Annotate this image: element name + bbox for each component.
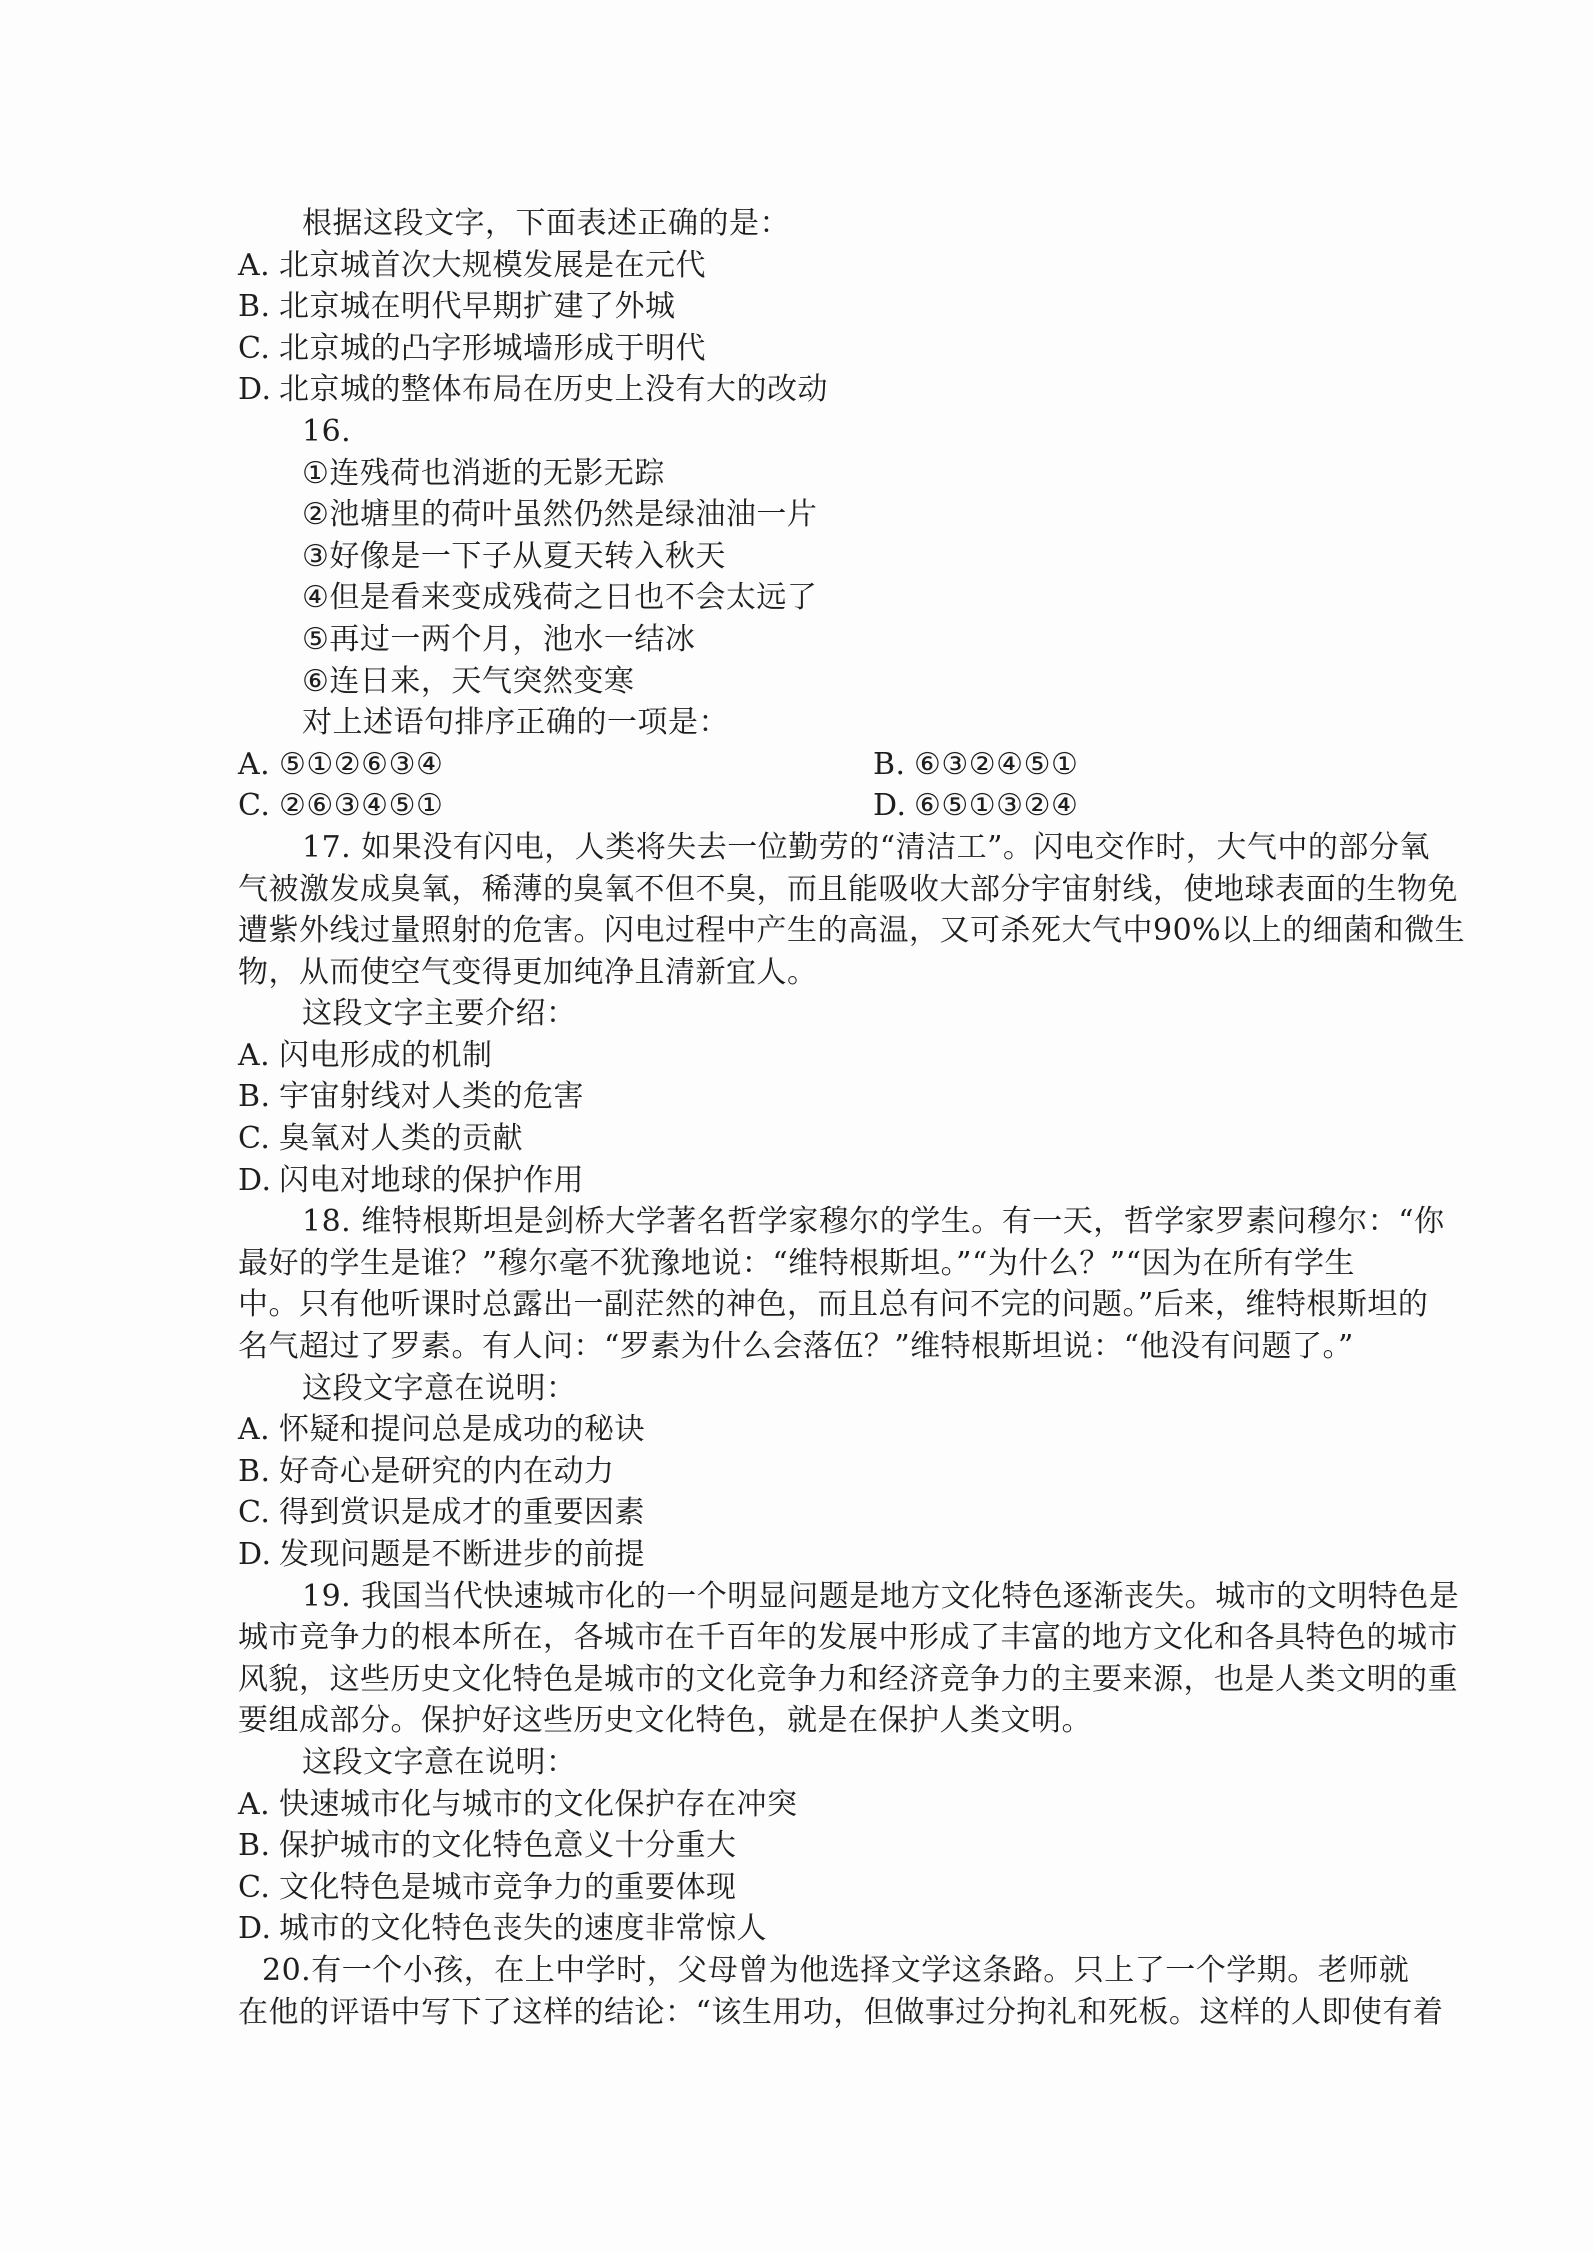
line-text: ⑥连日来，天气突然变寒 [302,664,634,699]
option-text: ⑥③②④⑤① [914,747,1078,782]
question-text-line: ④但是看来变成残荷之日也不会太远了 [238,577,1368,619]
body-text-line: 要组成部分。保护好这些历史文化特色，就是在保护人类文明。 [238,1700,1368,1742]
line-text: 城市竞争力的根本所在，各城市在千百年的发展中形成了丰富的地方文化和各具特色的城市 [238,1620,1458,1655]
line-text: ④但是看来变成残荷之日也不会太远了 [302,580,817,615]
line-text: 对上述语句排序正确的一项是： [302,705,729,740]
option-text: 宇宙射线对人类的危害 [279,1079,584,1114]
option-label: C. [238,1867,279,1909]
option-text: ⑤①②⑥③④ [279,747,443,782]
question-text-line: 对上述语句排序正确的一项是： [238,702,1368,744]
option-label: D. [873,785,914,827]
body-text-line: 遭紫外线过量照射的危害。闪电过程中产生的高温，又可杀死大气中90%以上的细菌和微… [238,910,1368,952]
question-text-line: ⑥连日来，天气突然变寒 [238,661,1368,703]
body-text-line: 风貌，这些历史文化特色是城市的文化竞争力和经济竞争力的主要来源，也是人类文明的重 [238,1659,1368,1701]
option-label: A. [238,1784,279,1826]
option-label: C. [238,785,279,827]
option-col2: D.⑥⑤①③②④ [873,785,1078,827]
option-label: A. [238,1035,279,1077]
option-row: C.文化特色是城市竞争力的重要体现 [238,1867,1368,1909]
line-text: 16. [302,414,351,449]
line-text: 这段文字意在说明： [302,1371,577,1406]
option-text: 文化特色是城市竞争力的重要体现 [279,1870,737,1905]
option-label: B. [238,1451,279,1493]
option-label: C. [238,1118,279,1160]
option-text: 北京城的整体布局在历史上没有大的改动 [279,372,828,407]
body-text-line: 中。只有他听课时总露出一副茫然的神色，而且总有问不完的问题。”后来，维特根斯坦的 [238,1284,1368,1326]
option-label: D. [238,369,279,411]
option-row-two-column: A.⑤①②⑥③④B.⑥③②④⑤① [238,744,1368,786]
option-text: ②⑥③④⑤① [279,788,443,823]
option-text: 北京城在明代早期扩建了外城 [279,289,676,324]
option-text: 好奇心是研究的内在动力 [279,1454,615,1489]
line-text: 气被激发成臭氧，稀薄的臭氧不但不臭，而且能吸收大部分宇宙射线，使地球表面的生物免 [238,872,1458,907]
question-text-line: 根据这段文字，下面表述正确的是： [238,203,1368,245]
option-text: 臭氧对人类的贡献 [279,1121,523,1156]
option-text: 城市的文化特色丧失的速度非常惊人 [279,1911,767,1946]
option-row: B.保护城市的文化特色意义十分重大 [238,1825,1368,1867]
question-text-line: ③好像是一下子从夏天转入秋天 [238,536,1368,578]
body-text-line: 在他的评语中写下了这样的结论：“该生用功，但做事过分拘礼和死板。这样的人即使有着 [238,1992,1368,2034]
question-text-line: 这段文字意在说明： [238,1742,1368,1784]
line-text: 根据这段文字，下面表述正确的是： [302,206,790,241]
question-text-line: 17. 如果没有闪电，人类将失去一位勤劳的“清洁工”。闪电交作时，大气中的部分氧 [238,827,1368,869]
option-row: B.北京城在明代早期扩建了外城 [238,286,1368,328]
option-text: 快速城市化与城市的文化保护存在冲突 [279,1787,798,1822]
option-row: A.快速城市化与城市的文化保护存在冲突 [238,1784,1368,1826]
option-row: A.怀疑和提问总是成功的秘诀 [238,1409,1368,1451]
line-text: 最好的学生是谁？”穆尔毫不犹豫地说：“维特根斯坦。”“为什么？”“因为在所有学生 [238,1246,1355,1281]
line-text: 要组成部分。保护好这些历史文化特色，就是在保护人类文明。 [238,1703,1092,1738]
option-row: C.北京城的凸字形城墙形成于明代 [238,328,1368,370]
line-text: 这段文字主要介绍： [302,996,577,1031]
option-col2: B.⑥③②④⑤① [873,744,1078,786]
line-text: ②池塘里的荷叶虽然仍然是绿油油一片 [302,497,817,532]
option-row: A.闪电形成的机制 [238,1035,1368,1077]
option-label: A. [238,245,279,287]
question-text-line: ①连残荷也消逝的无影无踪 [238,453,1368,495]
line-text: ①连残荷也消逝的无影无踪 [302,456,665,491]
body-text-line: 最好的学生是谁？”穆尔毫不犹豫地说：“维特根斯坦。”“为什么？”“因为在所有学生 [238,1243,1368,1285]
line-text: 风貌，这些历史文化特色是城市的文化竞争力和经济竞争力的主要来源，也是人类文明的重 [238,1662,1458,1697]
question-text-line: 18. 维特根斯坦是剑桥大学著名哲学家穆尔的学生。有一天，哲学家罗素问穆尔：“你 [238,1201,1368,1243]
question-text-line: 20.有一个小孩，在上中学时，父母曾为他选择文学这条路。只上了一个学期。老师就 [238,1950,1368,1992]
option-text: 闪电对地球的保护作用 [279,1163,584,1198]
option-row: B.宇宙射线对人类的危害 [238,1076,1368,1118]
line-text: ⑤再过一两个月，池水一结冰 [302,622,695,657]
option-label: C. [238,1492,279,1534]
option-row: D.闪电对地球的保护作用 [238,1160,1368,1202]
option-text: 保护城市的文化特色意义十分重大 [279,1828,737,1863]
option-col1: C.②⑥③④⑤① [238,785,443,827]
question-text-line: 这段文字意在说明： [238,1368,1368,1410]
option-text: 北京城首次大规模发展是在元代 [279,248,706,283]
option-label: D. [238,1160,279,1202]
line-text: ③好像是一下子从夏天转入秋天 [302,539,726,574]
line-text: 中。只有他听课时总露出一副茫然的神色，而且总有问不完的问题。”后来，维特根斯坦的 [238,1287,1428,1322]
question-text-line: 这段文字主要介绍： [238,993,1368,1035]
option-label: C. [238,328,279,370]
question-text-line: ②池塘里的荷叶虽然仍然是绿油油一片 [238,494,1368,536]
option-row: D.北京城的整体布局在历史上没有大的改动 [238,369,1368,411]
option-text: 北京城的凸字形城墙形成于明代 [279,331,706,366]
option-row: C.得到赏识是成才的重要因素 [238,1492,1368,1534]
option-label: B. [238,1076,279,1118]
line-text: 19. 我国当代快速城市化的一个明显问题是地方文化特色逐渐丧失。城市的文明特色是 [302,1579,1459,1614]
body-text-line: 名气超过了罗素。有人问：“罗素为什么会落伍？”维特根斯坦说：“他没有问题了。” [238,1326,1368,1368]
option-label: A. [238,744,279,786]
question-text-line: ⑤再过一两个月，池水一结冰 [238,619,1368,661]
question-text-line: 19. 我国当代快速城市化的一个明显问题是地方文化特色逐渐丧失。城市的文明特色是 [238,1576,1368,1618]
option-row: C.臭氧对人类的贡献 [238,1118,1368,1160]
line-text: 在他的评语中写下了这样的结论：“该生用功，但做事过分拘礼和死板。这样的人即使有着 [238,1995,1443,2030]
body-text-line: 城市竞争力的根本所在，各城市在千百年的发展中形成了丰富的地方文化和各具特色的城市 [238,1617,1368,1659]
option-label: D. [238,1534,279,1576]
option-label: B. [238,1825,279,1867]
option-label: B. [873,744,914,786]
option-label: B. [238,286,279,328]
option-text: ⑥⑤①③②④ [914,788,1078,823]
option-row: A.北京城首次大规模发展是在元代 [238,245,1368,287]
line-text: 名气超过了罗素。有人问：“罗素为什么会落伍？”维特根斯坦说：“他没有问题了。” [238,1329,1354,1364]
line-text: 这段文字意在说明： [302,1745,577,1780]
line-text: 20.有一个小孩，在上中学时，父母曾为他选择文学这条路。只上了一个学期。老师就 [262,1953,1409,1988]
body-text-line: 气被激发成臭氧，稀薄的臭氧不但不臭，而且能吸收大部分宇宙射线，使地球表面的生物免 [238,869,1368,911]
exam-page: 根据这段文字，下面表述正确的是：A.北京城首次大规模发展是在元代B.北京城在明代… [238,203,1368,2033]
option-row-two-column: C.②⑥③④⑤①D.⑥⑤①③②④ [238,785,1368,827]
option-text: 发现问题是不断进步的前提 [279,1537,645,1572]
option-row: D.发现问题是不断进步的前提 [238,1534,1368,1576]
line-text: 物，从而使空气变得更加纯净且清新宜人。 [238,955,818,990]
line-text: 遭紫外线过量照射的危害。闪电过程中产生的高温，又可杀死大气中90%以上的细菌和微… [238,913,1465,948]
body-text-line: 物，从而使空气变得更加纯净且清新宜人。 [238,952,1368,994]
option-text: 怀疑和提问总是成功的秘诀 [279,1412,645,1447]
option-row: B.好奇心是研究的内在动力 [238,1451,1368,1493]
option-text: 闪电形成的机制 [279,1038,493,1073]
option-label: D. [238,1908,279,1950]
option-col1: A.⑤①②⑥③④ [238,744,443,786]
option-label: A. [238,1409,279,1451]
question-text-line: 16. [238,411,1368,453]
line-text: 18. 维特根斯坦是剑桥大学著名哲学家穆尔的学生。有一天，哲学家罗素问穆尔：“你 [302,1204,1445,1239]
line-text: 17. 如果没有闪电，人类将失去一位勤劳的“清洁工”。闪电交作时，大气中的部分氧 [302,830,1430,865]
option-text: 得到赏识是成才的重要因素 [279,1495,645,1530]
option-row: D.城市的文化特色丧失的速度非常惊人 [238,1908,1368,1950]
